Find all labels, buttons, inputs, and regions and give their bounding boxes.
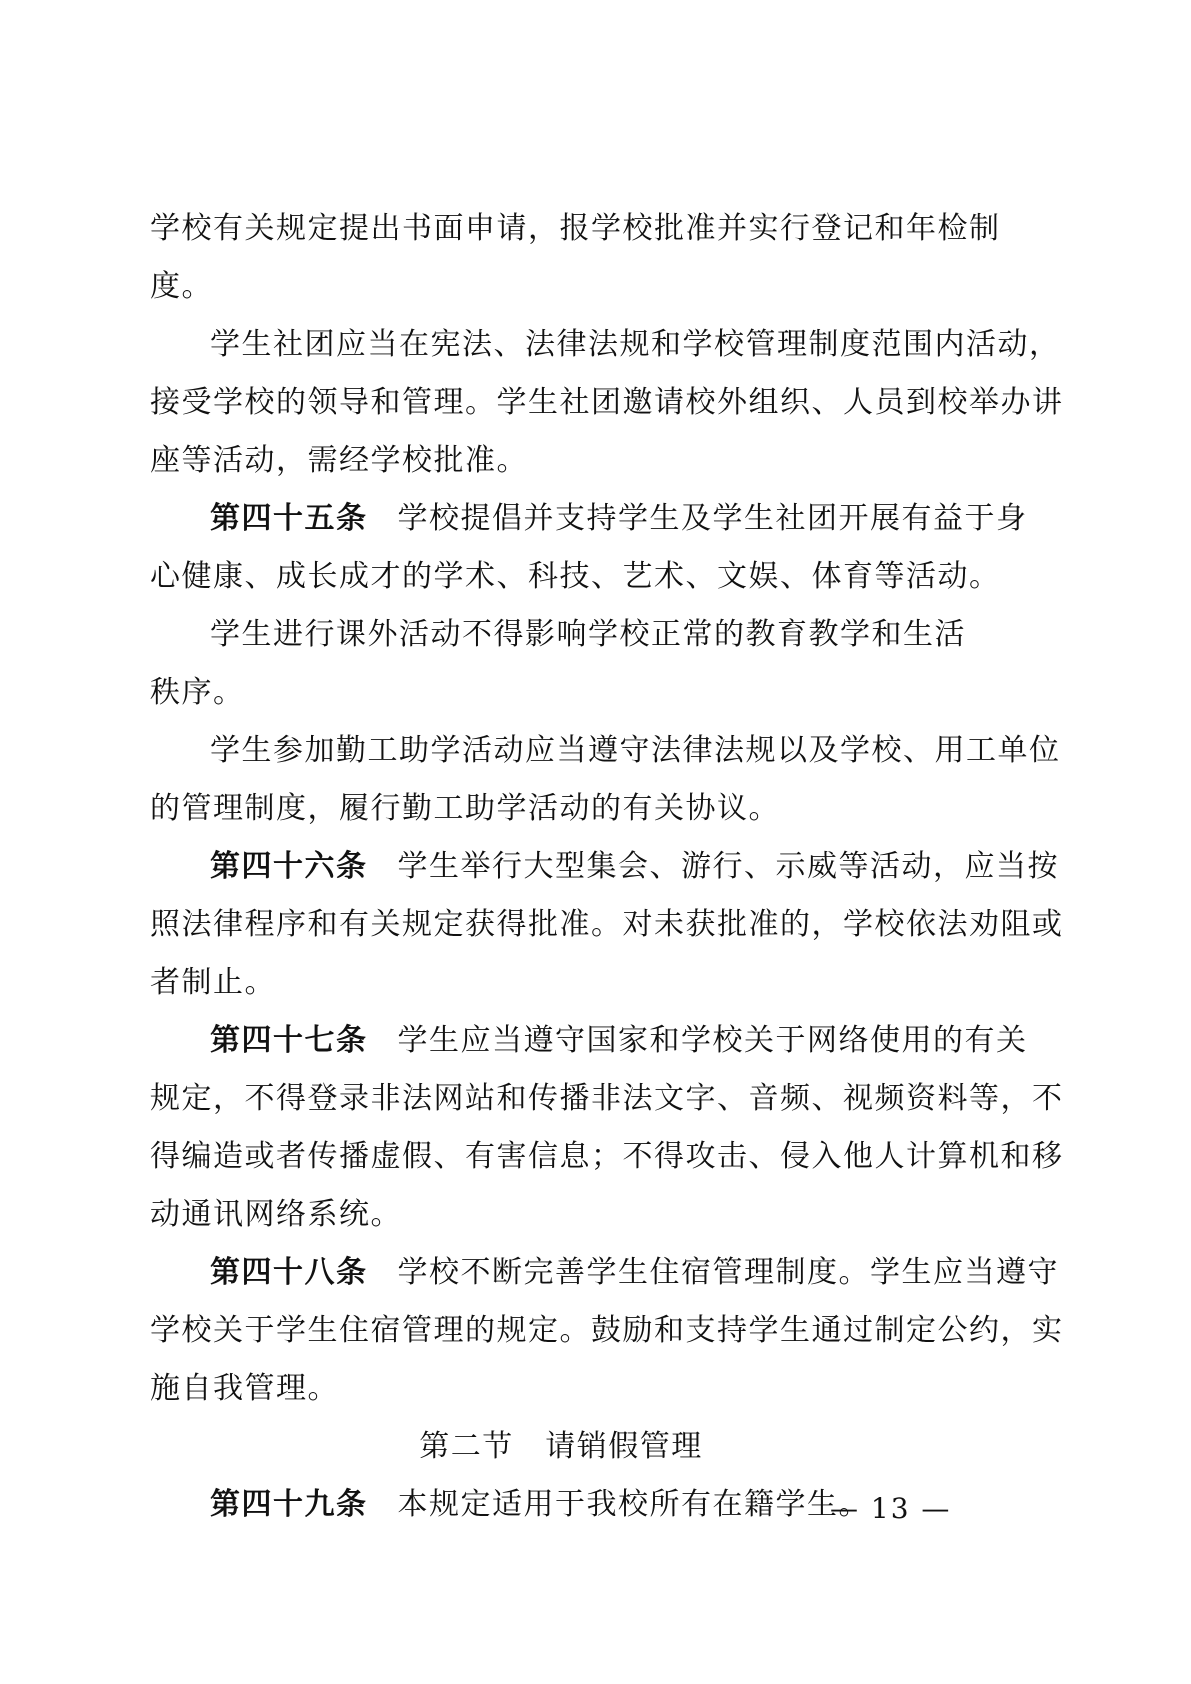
- article-45: 第四十五条学校提倡并支持学生及学生社团开展有益于身: [150, 490, 972, 548]
- paragraph-line: 规定，不得登录非法网站和传播非法文字、音频、视频资料等，不: [150, 1070, 972, 1128]
- paragraph-line: 动通讯网络系统。: [150, 1186, 972, 1244]
- document-body: 学校有关规定提出书面申请，报学校批准并实行登记和年检制 度。 学生社团应当在宪法…: [150, 200, 972, 1534]
- article-text: 学校不断完善学生住宿管理制度。学生应当遵守: [398, 1255, 1060, 1290]
- paragraph-line: 度。: [150, 258, 972, 316]
- paragraph-line: 学校有关规定提出书面申请，报学校批准并实行登记和年检制: [150, 200, 972, 258]
- paragraph-line: 接受学校的领导和管理。学生社团邀请校外组织、人员到校举办讲: [150, 374, 972, 432]
- paragraph-line: 照法律程序和有关规定获得批准。对未获批准的，学校依法劝阻或: [150, 896, 972, 954]
- article-number: 第四十八条: [210, 1255, 368, 1290]
- page-number: — 13 —: [830, 1492, 951, 1525]
- article-46: 第四十六条学生举行大型集会、游行、示威等活动，应当按: [150, 838, 972, 896]
- article-text: 学生举行大型集会、游行、示威等活动，应当按: [398, 849, 1060, 884]
- paragraph-line: 学生参加勤工助学活动应当遵守法律法规以及学校、用工单位: [150, 722, 972, 780]
- article-number: 第四十九条: [210, 1487, 368, 1522]
- article-text: 学校提倡并支持学生及学生社团开展有益于身: [398, 501, 1028, 536]
- article-number: 第四十七条: [210, 1023, 368, 1058]
- article-text: 本规定适用于我校所有在籍学生。: [398, 1487, 871, 1522]
- section-heading: 第二节 请销假管理: [150, 1418, 972, 1476]
- paragraph-line: 学生社团应当在宪法、法律法规和学校管理制度范围内活动，: [150, 316, 972, 374]
- paragraph-line: 者制止。: [150, 954, 972, 1012]
- paragraph-line: 座等活动，需经学校批准。: [150, 432, 972, 490]
- article-number: 第四十六条: [210, 849, 368, 884]
- article-48: 第四十八条学校不断完善学生住宿管理制度。学生应当遵守: [150, 1244, 972, 1302]
- paragraph-line: 得编造或者传播虚假、有害信息；不得攻击、侵入他人计算机和移: [150, 1128, 972, 1186]
- paragraph-line: 心健康、成长成才的学术、科技、艺术、文娱、体育等活动。: [150, 548, 972, 606]
- article-number: 第四十五条: [210, 501, 368, 536]
- paragraph-line: 学校关于学生住宿管理的规定。鼓励和支持学生通过制定公约，实: [150, 1302, 972, 1360]
- paragraph-line: 学生进行课外活动不得影响学校正常的教育教学和生活: [150, 606, 972, 664]
- article-text: 学生应当遵守国家和学校关于网络使用的有关: [398, 1023, 1028, 1058]
- paragraph-line: 施自我管理。: [150, 1360, 972, 1418]
- article-47: 第四十七条学生应当遵守国家和学校关于网络使用的有关: [150, 1012, 972, 1070]
- paragraph-line: 的管理制度，履行勤工助学活动的有关协议。: [150, 780, 972, 838]
- paragraph-line: 秩序。: [150, 664, 972, 722]
